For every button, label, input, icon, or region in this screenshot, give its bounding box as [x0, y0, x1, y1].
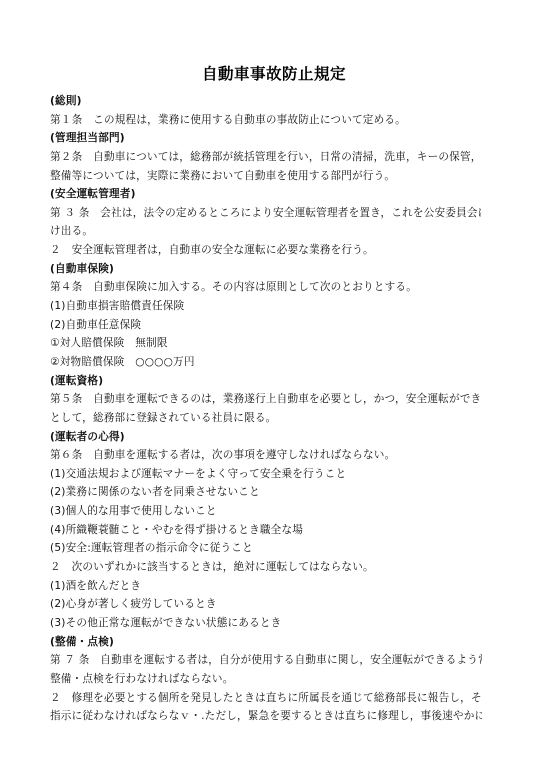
article-4: 第４条 自動車保険に加入する。その内容は原則として次のとおりとする。	[50, 278, 482, 297]
article-7-paragraph-2-line-2: 指示に従わなければならなｖ・.ただし，緊急を要するときは直ちに修理し，事後速やか…	[50, 707, 482, 726]
document-page: 自動車事故防止規定 (総則) 第１条 この規程は，業務に使用する自動車の事故防止…	[0, 0, 548, 778]
article-6: 第６条 自動車を運転する者は，次の事項を遵守しなければならない。	[50, 446, 482, 465]
article-6-p2-item-2: (2)心身が著しく疲労しているとき	[50, 595, 482, 614]
article-6-item-1: (1)交通法規および運転マナーをよく守って安全乗を行うこと	[50, 465, 482, 484]
heading-safety-manager: (安全運転管理者)	[50, 185, 482, 204]
article-6-paragraph-2: ２ 次のいずれかに該当するときは，絶対に運転してはならない。	[50, 558, 482, 577]
article-5-line-2: として，総務部に登録されている社員に限る。	[50, 409, 482, 428]
article-4-item-1: (1)自動車損害賠償責任保険	[50, 297, 482, 316]
article-7-line-1: 第 ７ 条 自動車を運転する者は，自分が使用する自動車に関し，安全運転ができるよ…	[50, 651, 482, 670]
article-3-line-2: け出る。	[50, 222, 482, 241]
article-2-line-2: 整備等については，実際に業務において自動車を使用する部門が行う。	[50, 167, 482, 186]
article-6-p2-item-1: (1)酒を飲んだとき	[50, 577, 482, 596]
heading-maintenance: (整備・点検)	[50, 633, 482, 652]
article-5-line-1: 第５条 自動車を運転できるのは，業務遂行上自動車を必要とし，かつ，安全運転ができ…	[50, 390, 482, 409]
heading-insurance: (自動車保険)	[50, 260, 482, 279]
article-6-item-5: (5)安全:運転管理者の指示命令に従うこと	[50, 539, 482, 558]
article-6-item-3: (3)個人的な用事で使用しないこと	[50, 502, 482, 521]
article-3-line-1: 第 ３ 条 会社は，法令の定めるところにより安全運転管理者を置き，これを公安委員…	[50, 204, 482, 223]
article-6-item-4: (4)所織鞭蓑髄こと・やむを得ず掛けるとき職全な場	[50, 521, 482, 540]
article-4-item-2: (2)自動車任意保険	[50, 316, 482, 335]
article-6-p2-item-3: (3)その他正常な運転ができない状態にあるとき	[50, 614, 482, 633]
document-body: (総則) 第１条 この規程は，業務に使用する自動車の事故防止について定める。 (…	[50, 92, 482, 726]
article-4-subitem-1: ①対人賠償保険 無制限	[50, 334, 482, 353]
heading-qualification: (運転資格)	[50, 372, 482, 391]
heading-driver-rules: (運転者の心得)	[50, 428, 482, 447]
article-2-line-1: 第２条 自動車については，総務部が統括管理を行い，日常の清掃，洗車，キーの保管，…	[50, 148, 482, 167]
article-1: 第１条 この規程は，業務に使用する自動車の事故防止について定める。	[50, 111, 482, 130]
article-3-paragraph-2: ２ 安全運転管理者は，自動車の安全な運転に必要な業務を行う。	[50, 241, 482, 260]
heading-general: (総則)	[50, 92, 482, 111]
document-title: 自動車事故防止規定	[0, 62, 548, 84]
article-4-subitem-2: ②対物賠償保険 ○○○○万円	[50, 353, 482, 372]
article-6-item-2: (2)業務に関係のない者を同乗させないこと	[50, 483, 482, 502]
heading-management-dept: (管理担当部門)	[50, 129, 482, 148]
article-7-line-2: 整備・点検を行わなければならない。	[50, 670, 482, 689]
article-7-paragraph-2-line-1: ２ 修理を必要とする個所を発見したときは直ちに所属長を通じて総務部長に報告し，そ…	[50, 689, 482, 708]
